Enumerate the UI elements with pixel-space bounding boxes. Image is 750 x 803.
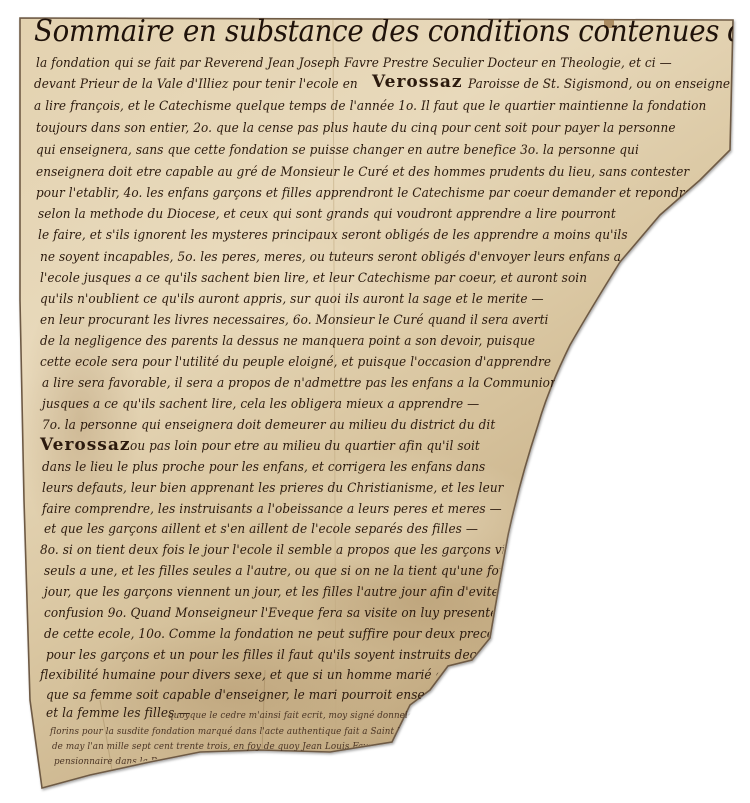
text-line: qui enseignera, sans que cette fondation…	[36, 143, 639, 158]
placename-verossaz: Verossaz	[372, 72, 463, 92]
text-line: confusion 9o. Quand Monseigneur l'Eveque…	[44, 606, 546, 621]
text-line: a lire françois, et le Catechisme quelqu…	[34, 99, 706, 114]
text-line: Paroisse de St. Sigismond, ou on enseign…	[468, 77, 730, 92]
manuscript-sheet: Sommaire en substance des conditions con…	[0, 0, 750, 803]
text-line: en leur procurant les livres necessaires…	[40, 313, 548, 328]
text-line: seuls a une, et les filles seules a l'au…	[44, 564, 524, 579]
text-line: a lire sera favorable, il sera a propos …	[42, 376, 558, 391]
text-line: 7o. la personne qui enseignera doit deme…	[42, 418, 495, 433]
text-line: leurs defauts, leur bien apprenant les p…	[42, 481, 504, 496]
text-line: devant Prieur de la Vale d'Illiez pour t…	[34, 77, 358, 92]
text-line: l'ecole jusques a ce qu'ils sachent bien…	[40, 271, 587, 286]
placename-verossaz: Verossaz	[40, 435, 131, 455]
text-line: ou pas loin pour etre au milieu du quart…	[130, 439, 480, 454]
text-line: dans le lieu le plus proche pour les enf…	[42, 460, 485, 475]
text-line: cette ecole sera pour l'utilité du peupl…	[40, 355, 551, 370]
text-line: selon la methode du Diocese, et ceux qui…	[38, 207, 616, 222]
text-line: pour l'etablir, 4o. les enfans garçons e…	[36, 186, 692, 201]
text-line: de cette ecole, 10o. Comme la fondation …	[44, 627, 554, 642]
text-line: faire comprendre, les instruisants a l'o…	[42, 502, 502, 517]
text-line: toujours dans son entier, 2o. que la cen…	[36, 121, 676, 136]
text-line: la fondation qui se fait par Reverend Je…	[36, 56, 672, 71]
text-line: jusques a ce qu'ils sachent lire, cela l…	[42, 397, 479, 412]
text-line: le faire, et s'ils ignorent les mysteres…	[38, 228, 628, 243]
text-line: ne soyent incapables, 5o. les peres, mer…	[40, 250, 621, 265]
text-line: jour, que les garçons viennent un jour, …	[44, 585, 520, 600]
text-line: de la negligence des parents la dessus n…	[40, 334, 535, 349]
text-line: et que les garçons aillent et s'en aille…	[44, 522, 478, 537]
text-line: 8o. si on tient deux fois le jour l'ecol…	[40, 543, 549, 558]
text-line: enseignera doit etre capable au gré de M…	[36, 165, 689, 180]
text-line: qu'ils n'oublient ce qu'ils auront appri…	[40, 292, 544, 307]
